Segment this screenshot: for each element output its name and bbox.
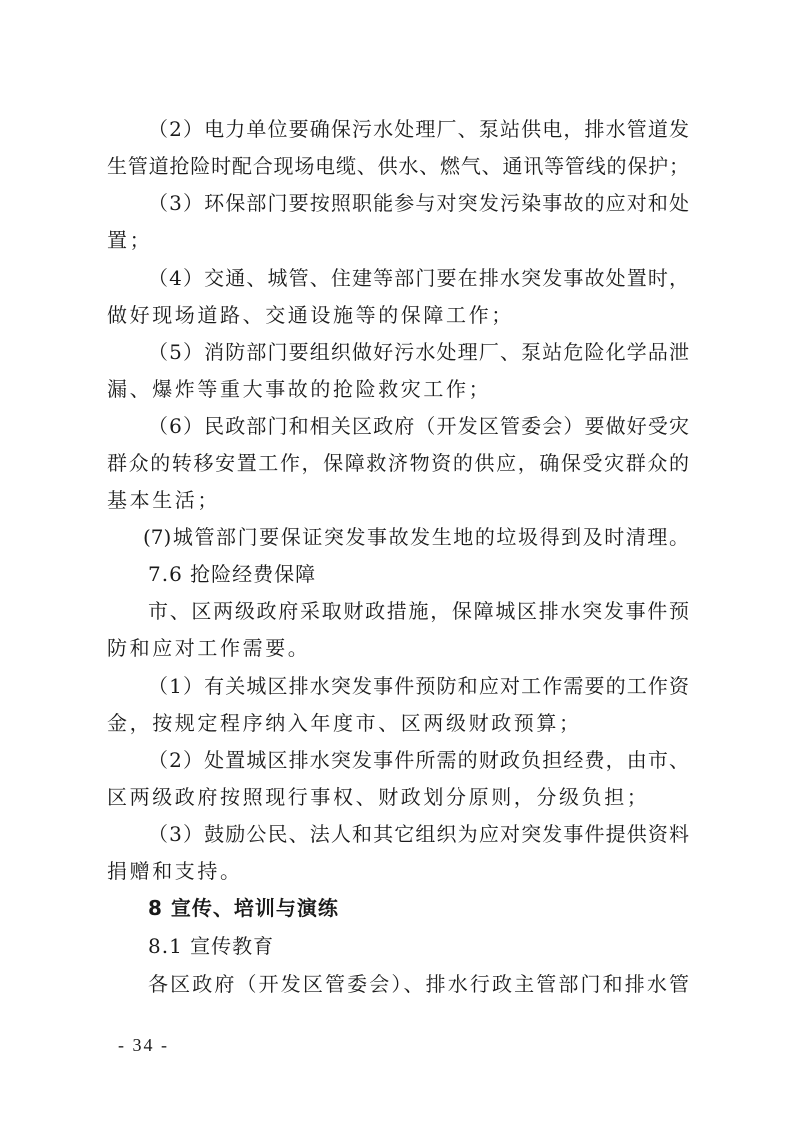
section-heading-8-1: 8.1 宣传教育	[148, 928, 689, 965]
section-heading-8: 8 宣传、培训与演练	[148, 890, 689, 927]
paragraph-line: 基本生活；	[107, 482, 689, 519]
paragraph-line: 金，按规定程序纳入年度市、区两级财政预算；	[107, 705, 689, 742]
paragraph-line: (7)城管部门要保证突发事故发生地的垃圾得到及时清理。	[143, 519, 689, 556]
paragraph-line: 群众的转移安置工作，保障救济物资的供应，确保受灾群众的	[107, 445, 689, 482]
paragraph-line: （4）交通、城管、住建等部门要在排水突发事故处置时，	[148, 260, 689, 297]
paragraph-line: 做好现场道路、交通设施等的保障工作；	[107, 297, 689, 334]
paragraph-line: 生管道抢险时配合现场电缆、供水、燃气、通讯等管线的保护；	[107, 148, 689, 185]
paragraph-line: 漏、爆炸等重大事故的抢险救灾工作；	[107, 371, 689, 408]
paragraph-line: 置；	[107, 222, 689, 259]
paragraph-line: 各区政府（开发区管委会）、排水行政主管部门和排水管	[148, 966, 689, 1003]
section-heading-7-6: 7.6 抢险经费保障	[148, 556, 689, 593]
page-number: - 34 -	[118, 1035, 169, 1056]
paragraph-line: （6）民政部门和相关区政府（开发区管委会）要做好受灾	[148, 408, 689, 445]
paragraph-line: （1）有关城区排水突发事件预防和应对工作需要的工作资	[148, 668, 689, 705]
paragraph-line: 捐赠和支持。	[107, 853, 689, 890]
paragraph-line: （2）电力单位要确保污水处理厂、泵站供电，排水管道发	[148, 111, 689, 148]
paragraph-line: （3）环保部门要按照职能参与对突发污染事故的应对和处	[148, 185, 689, 222]
paragraph-line: 防和应对工作需要。	[107, 630, 689, 667]
paragraph-line: 市、区两级政府采取财政措施，保障城区排水突发事件预	[148, 593, 689, 630]
paragraph-line: （3）鼓励公民、法人和其它组织为应对突发事件提供资料	[148, 816, 689, 853]
paragraph-line: （2）处置城区排水突发事件所需的财政负担经费，由市、	[148, 742, 689, 779]
document-page: （2）电力单位要确保污水处理厂、泵站供电，排水管道发 生管道抢险时配合现场电缆、…	[0, 0, 793, 1122]
paragraph-line: （5）消防部门要组织做好污水处理厂、泵站危险化学品泄	[148, 334, 689, 371]
paragraph-line: 区两级政府按照现行事权、财政划分原则，分级负担；	[107, 779, 689, 816]
